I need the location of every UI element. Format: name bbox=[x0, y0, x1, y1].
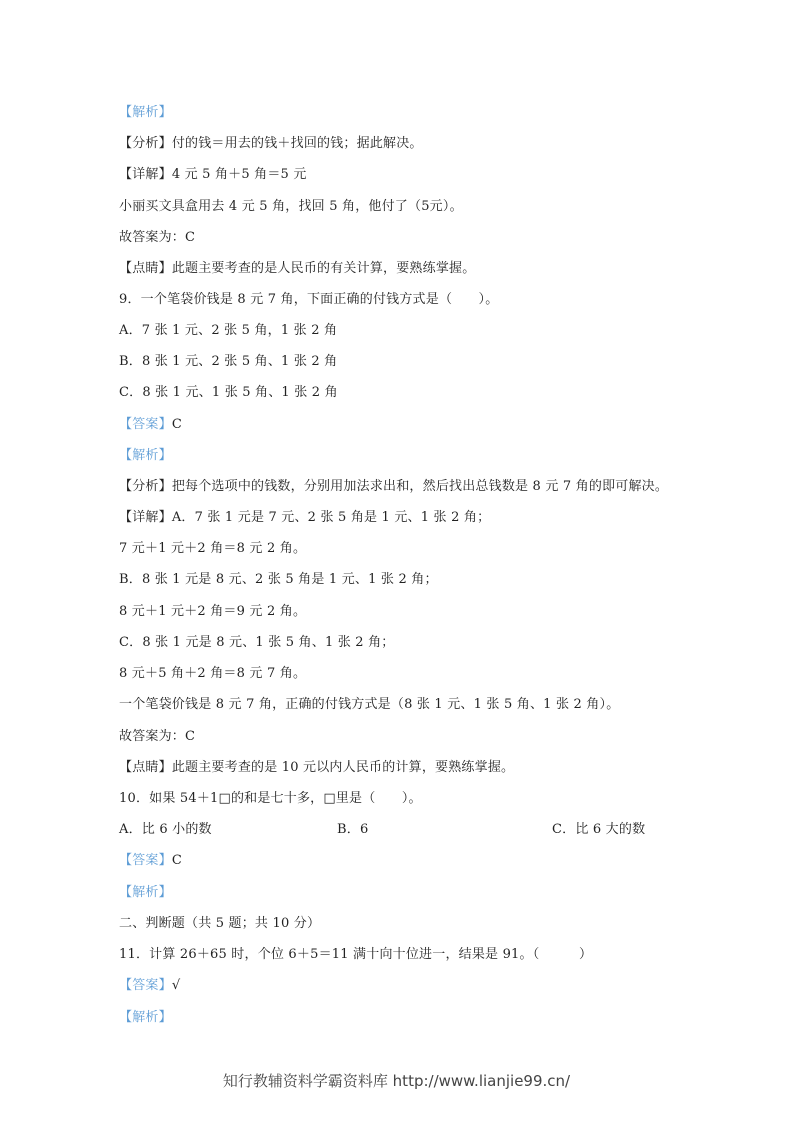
dianjing-line: 【点睛】此题主要考查的是人民币的有关计算，要熟练掌握。 bbox=[119, 260, 475, 278]
q9-option-a: A．7 张 1 元、2 张 5 角，1 张 2 角 bbox=[119, 322, 337, 340]
q10-option-a: A．比 6 小的数 bbox=[119, 821, 212, 839]
fenxi-label: 【分析】 bbox=[119, 479, 172, 494]
fenxi-label: 【分析】 bbox=[119, 136, 172, 151]
xiangjie-label: 【详解】 bbox=[119, 167, 172, 182]
q9-option-c: C．8 张 1 元、1 张 5 角、1 张 2 角 bbox=[119, 384, 338, 402]
dianjing-label: 【点睛】 bbox=[119, 760, 172, 775]
q11-jiexi-label: 【解析】 bbox=[119, 1009, 172, 1027]
section-2-title: 二、判断题（共 5 题；共 10 分） bbox=[119, 915, 320, 933]
dianjing-text: 此题主要考查的是 10 元以内人民币的计算，要熟练掌握。 bbox=[172, 760, 514, 775]
jiexi-label: 【解析】 bbox=[119, 104, 172, 122]
q9-answer-line: 【答案】C bbox=[119, 416, 182, 434]
q11-answer-line: 【答案】√ bbox=[119, 977, 180, 995]
answer-value: C bbox=[172, 853, 182, 868]
question-9: 9．一个笔袋价钱是 8 元 7 角，下面正确的付钱方式是（ ）。 bbox=[119, 291, 498, 309]
q9-jiexi-label: 【解析】 bbox=[119, 447, 172, 465]
answer-label: 【答案】 bbox=[119, 978, 172, 993]
q9-detail-line-4: 8 元＋1 元＋2 角＝9 元 2 角。 bbox=[119, 603, 306, 621]
explanation-line: 小丽买文具盒用去 4 元 5 角，找回 5 角，他付了（5元）。 bbox=[119, 198, 463, 216]
answer-value: √ bbox=[172, 978, 180, 993]
footer-watermark: 知行教辅资料学霸资料库 http://www.lianjie99.cn/ bbox=[0, 1070, 793, 1091]
q9-option-b: B．8 张 1 元、2 张 5 角、1 张 2 角 bbox=[119, 353, 337, 371]
q9-analysis-line: 【分析】把每个选项中的钱数，分别用加法求出和，然后找出总钱数是 8 元 7 角的… bbox=[119, 478, 668, 496]
q10-answer-line: 【答案】C bbox=[119, 852, 182, 870]
q10-option-c: C．比 6 大的数 bbox=[552, 821, 645, 839]
q9-detail-line-5: C．8 张 1 元是 8 元、1 张 5 角、1 张 2 角； bbox=[119, 634, 395, 652]
fenxi-text: 把每个选项中的钱数，分别用加法求出和，然后找出总钱数是 8 元 7 角的即可解决… bbox=[172, 479, 668, 494]
detail-line: 【详解】4 元 5 角＋5 角＝5 元 bbox=[119, 166, 307, 184]
detail-text: A．7 张 1 元是 7 元、2 张 5 角是 1 元、1 张 2 角； bbox=[172, 510, 490, 525]
q9-conclusion: 故答案为：C bbox=[119, 728, 195, 746]
question-10: 10．如果 54＋1□的和是七十多，□里是（ ）。 bbox=[119, 790, 422, 808]
question-11: 11．计算 26＋65 时，个位 6＋5＝11 满十向十位进一，结果是 91。（… bbox=[119, 946, 592, 964]
analysis-line: 【分析】付的钱＝用去的钱＋找回的钱；据此解决。 bbox=[119, 135, 423, 153]
q9-dianjing-line: 【点睛】此题主要考查的是 10 元以内人民币的计算，要熟练掌握。 bbox=[119, 759, 514, 777]
q9-detail-line-6: 8 元＋5 角＋2 角＝8 元 7 角。 bbox=[119, 665, 306, 683]
q9-detail-line-1: 【详解】A．7 张 1 元是 7 元、2 张 5 角是 1 元、1 张 2 角； bbox=[119, 509, 490, 527]
xiangjie-label: 【详解】 bbox=[119, 510, 172, 525]
conclusion-line: 故答案为：C bbox=[119, 229, 195, 247]
fenxi-text: 付的钱＝用去的钱＋找回的钱；据此解决。 bbox=[172, 136, 423, 151]
q9-detail-line-7: 一个笔袋价钱是 8 元 7 角，正确的付钱方式是（8 张 1 元、1 张 5 角… bbox=[119, 696, 619, 714]
answer-value: C bbox=[172, 417, 182, 432]
xiangjie-text: 4 元 5 角＋5 角＝5 元 bbox=[172, 167, 307, 182]
document-page: 【解析】 【分析】付的钱＝用去的钱＋找回的钱；据此解决。 【详解】4 元 5 角… bbox=[0, 0, 793, 1122]
q10-option-b: B．6 bbox=[337, 821, 368, 839]
q9-detail-line-3: B．8 张 1 元是 8 元、2 张 5 角是 1 元、1 张 2 角； bbox=[119, 571, 438, 589]
dianjing-label: 【点睛】 bbox=[119, 261, 172, 276]
dianjing-text: 此题主要考查的是人民币的有关计算，要熟练掌握。 bbox=[172, 261, 476, 276]
answer-label: 【答案】 bbox=[119, 853, 172, 868]
q9-detail-line-2: 7 元＋1 元＋2 角＝8 元 2 角。 bbox=[119, 540, 306, 558]
q10-jiexi-label: 【解析】 bbox=[119, 884, 172, 902]
answer-label: 【答案】 bbox=[119, 417, 172, 432]
